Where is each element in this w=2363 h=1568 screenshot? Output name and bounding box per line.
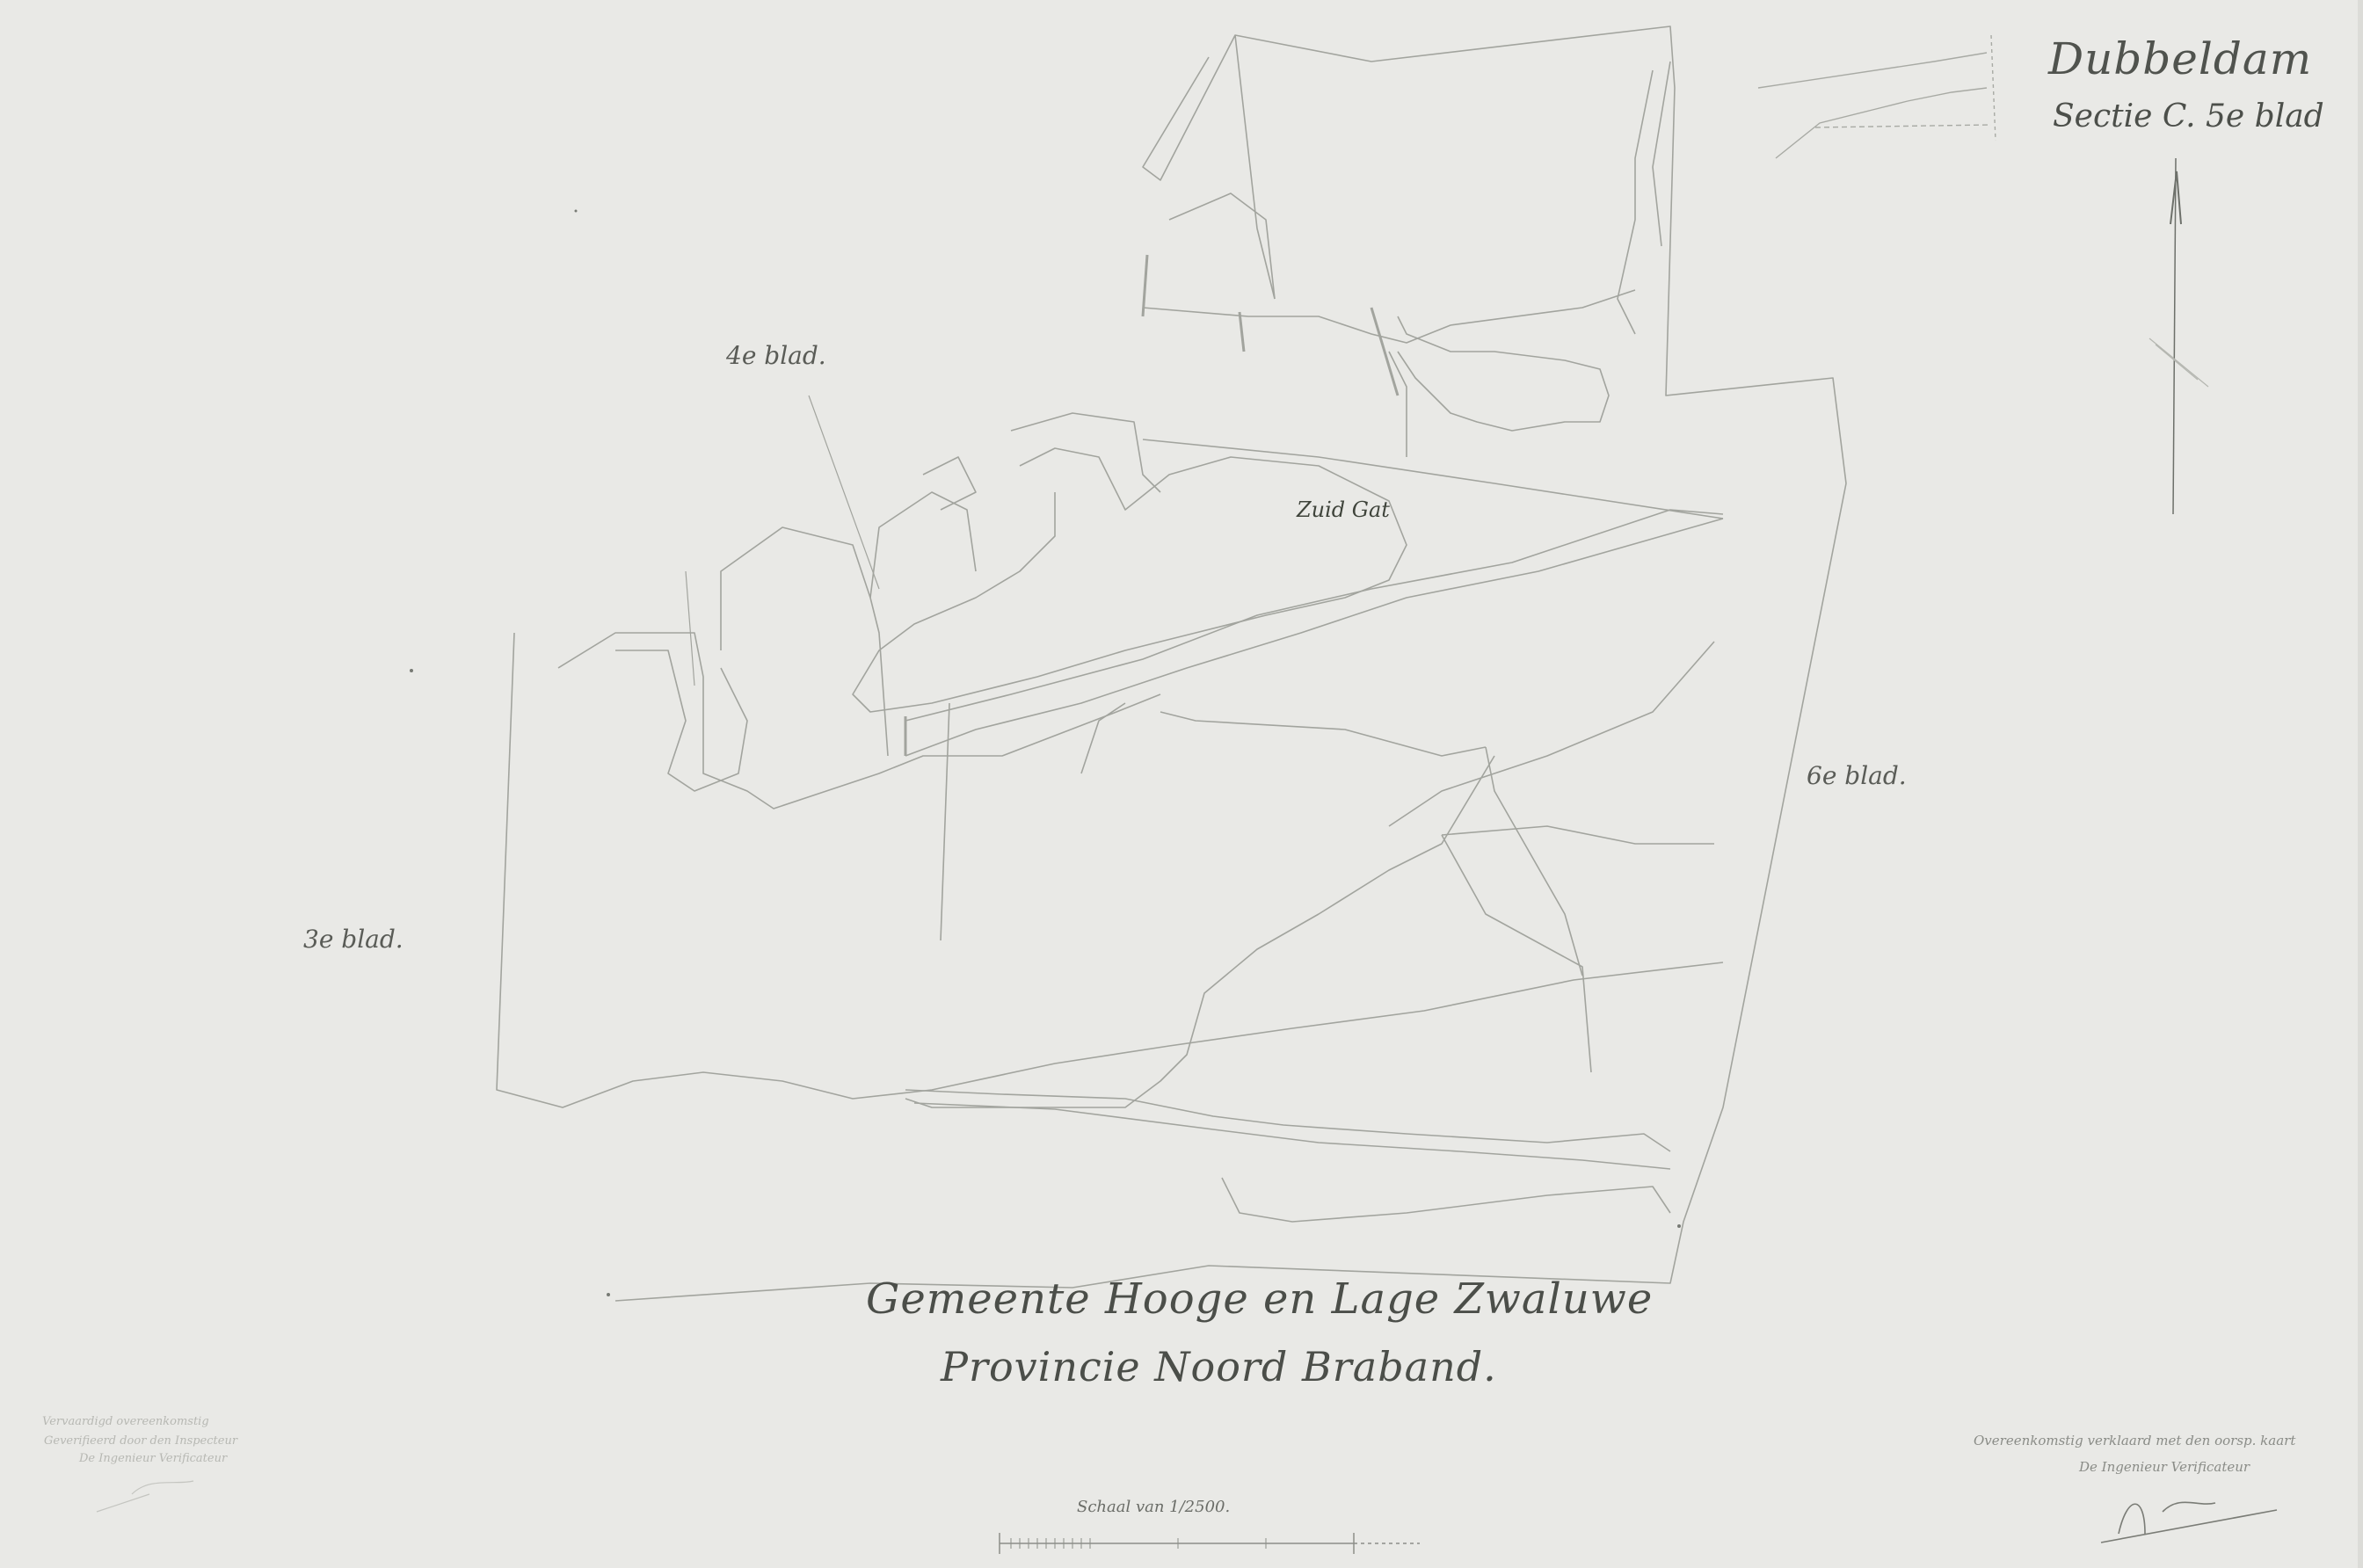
certification-left: Vervaardigd overeenkomstig [42,1415,209,1428]
signature-right [2101,1502,2277,1543]
water-label-zuid-gat: Zuid Gat [1297,497,1390,522]
scale-label: Schaal van 1/2500. [1077,1498,1230,1516]
scale-bar [1000,1533,1420,1554]
map-title-municipality: Dubbeldam [2048,33,2312,84]
north-arrow-icon [2149,158,2208,514]
channel-zuid-gat [905,519,1723,756]
footer-province: Provincie Noord Braband. [941,1343,1497,1390]
footer-municipality: Gemeente Hooge en Lage Zwaluwe [866,1274,1653,1324]
map-title-section: Sectie C. 5e blad [2053,98,2324,134]
signature-left [97,1481,193,1512]
certification-right-title: De Ingenieur Verificateur [2079,1459,2250,1475]
certification-right: Overeenkomstig verklaard met den oorsp. … [1974,1433,2295,1448]
adjacent-sheet-4: 4e blad. [726,341,826,370]
certification-left-2: Geverifieerd door den Inspecteur [44,1434,237,1448]
adjacent-sheet-6: 6e blad. [1807,761,1907,790]
adjacent-sheet-3: 3e blad. [303,925,404,954]
certification-left-3: De Ingenieur Verificateur [79,1452,227,1465]
map-boundary [615,26,1846,1301]
cadastral-map-linework [0,0,2363,1568]
